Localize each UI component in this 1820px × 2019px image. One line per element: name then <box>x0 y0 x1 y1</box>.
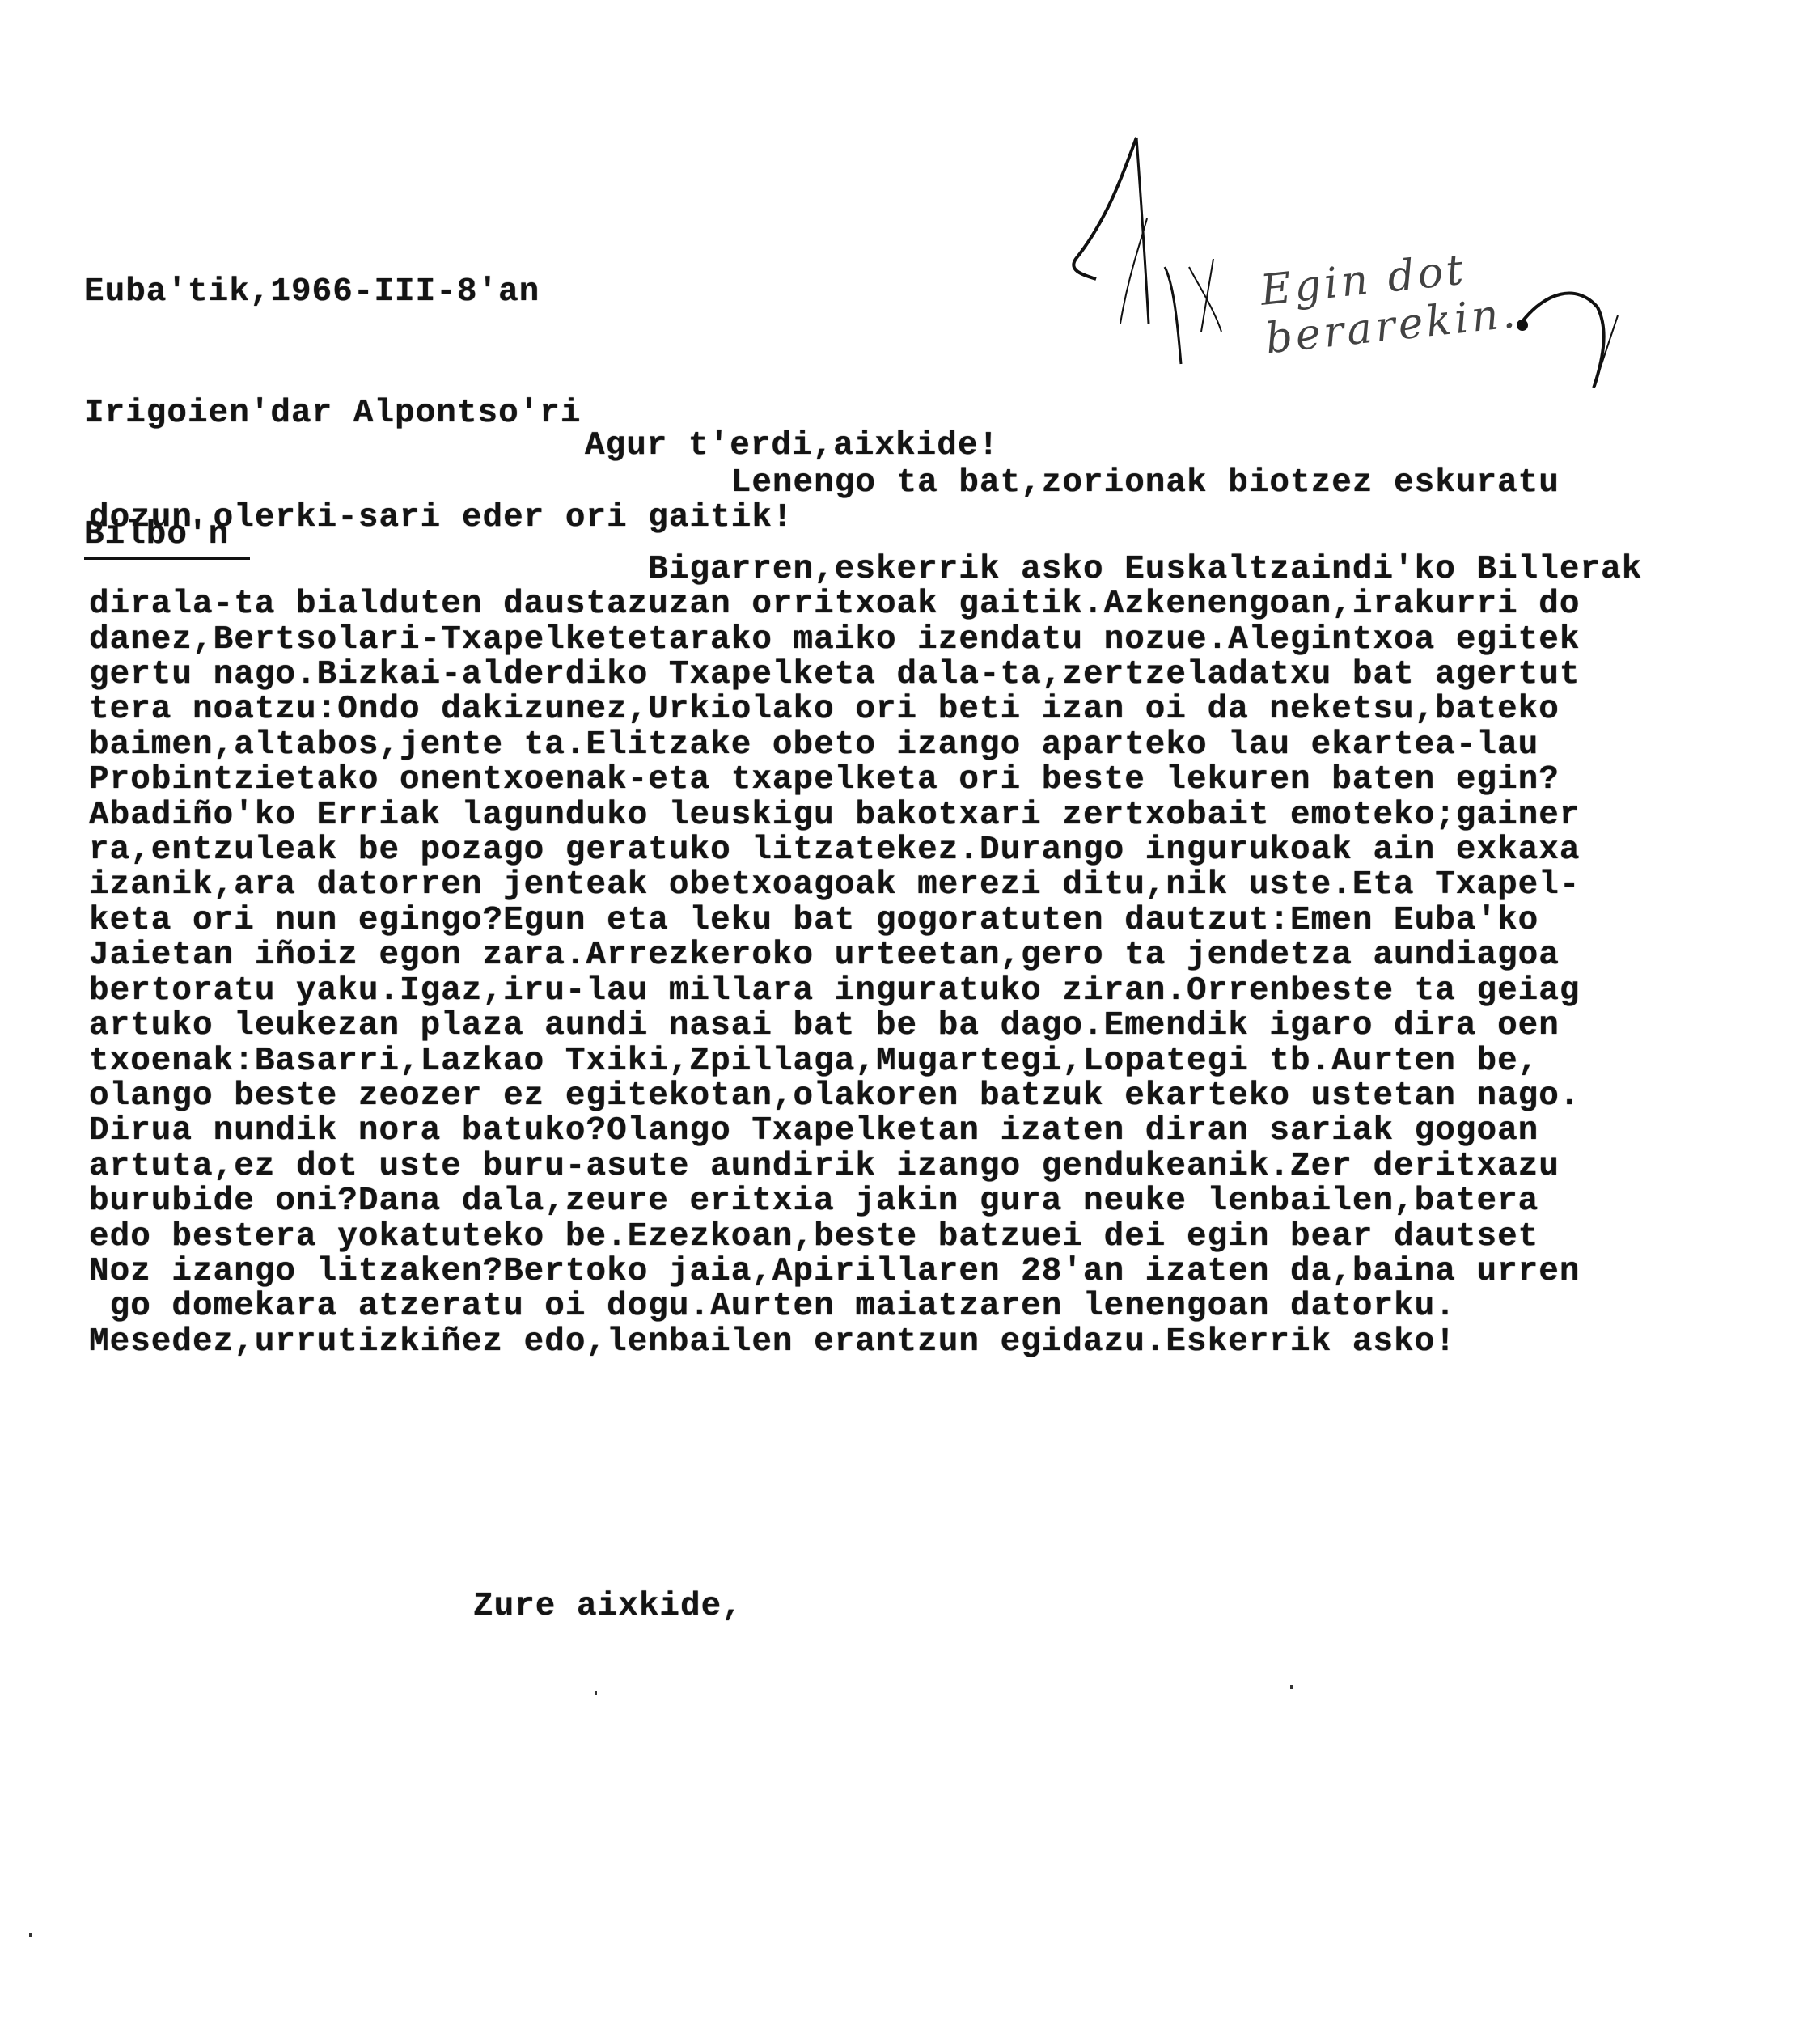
letter-body: Lenengo ta bat,zorionak biotzez eskuratu… <box>89 466 1642 1360</box>
closing: Zure aixkide, <box>473 1588 743 1625</box>
body-line: Bigarren,eskerrik asko Euskaltzaindi'ko … <box>89 552 1642 587</box>
scan-speck <box>1290 1685 1293 1689</box>
body-line: tera noatzu:Ondo dakizunez,Urkiolako ori… <box>89 692 1642 727</box>
body-line: burubide oni?Dana dala,zeure eritxia jak… <box>89 1184 1642 1219</box>
body-line: Mesedez,urrutizkiñez edo,lenbailen erant… <box>89 1325 1642 1360</box>
greeting: Agur t'erdi,aixkide! <box>585 427 999 464</box>
body-line: ra,entzuleak be pozago geratuko litzatek… <box>89 833 1642 868</box>
body-line: Dirua nundik nora batuko?Olango Txapelke… <box>89 1114 1642 1149</box>
body-line: go domekara atzeratu oi dogu.Aurten maia… <box>89 1289 1642 1324</box>
body-line: Jaietan iñoiz egon zara.Arrezkeroko urte… <box>89 938 1642 973</box>
body-line: Lenengo ta bat,zorionak biotzez eskuratu <box>89 466 1642 501</box>
scan-speck <box>29 1933 32 1937</box>
body-line: olango beste zeozer ez egitekotan,olakor… <box>89 1079 1642 1114</box>
place-date: Euba'tik,1966-III-8'an <box>84 272 582 312</box>
body-line: baimen,altabos,jente ta.Elitzake obeto i… <box>89 728 1642 763</box>
body-line: bertoratu yaku.Igaz,iru-lau millara ingu… <box>89 974 1642 1009</box>
body-line: gertu nago.Bizkai-alderdiko Txapelketa d… <box>89 658 1642 692</box>
body-line: Probintzietako onentxoenak-eta txapelket… <box>89 763 1642 798</box>
letter-page: Euba'tik,1966-III-8'an Irigoien'dar Alpo… <box>0 0 1820 2019</box>
body-line: dozun olerki-sari eder ori gaitik! <box>89 501 1642 535</box>
body-line: dirala-ta bialduten daustazuzan orritxoa… <box>89 587 1642 622</box>
body-line <box>89 536 1642 552</box>
body-line: artuko leukezan plaza aundi nasai bat be… <box>89 1009 1642 1043</box>
body-line: keta ori nun egingo?Egun eta leku bat go… <box>89 904 1642 938</box>
body-line: edo bestera yokatuteko be.Ezezkoan,beste… <box>89 1220 1642 1255</box>
handwritten-annotation: Egin dot berarekin. <box>1060 121 1723 388</box>
recipient: Irigoien'dar Alpontso'ri <box>84 393 582 434</box>
body-line: Abadiño'ko Erriak lagunduko leuskigu bak… <box>89 798 1642 833</box>
body-line: txoenak:Basarri,Lazkao Txiki,Zpillaga,Mu… <box>89 1044 1642 1079</box>
body-line: Noz izango litzaken?Bertoko jaia,Apirill… <box>89 1255 1642 1289</box>
scan-speck <box>595 1691 597 1695</box>
body-line: izanik,ara datorren jenteak obetxoagoak … <box>89 868 1642 903</box>
body-line: danez,Bertsolari-Txapelketetarako maiko … <box>89 623 1642 658</box>
body-line: artuta,ez dot uste buru-asute aundirik i… <box>89 1149 1642 1184</box>
